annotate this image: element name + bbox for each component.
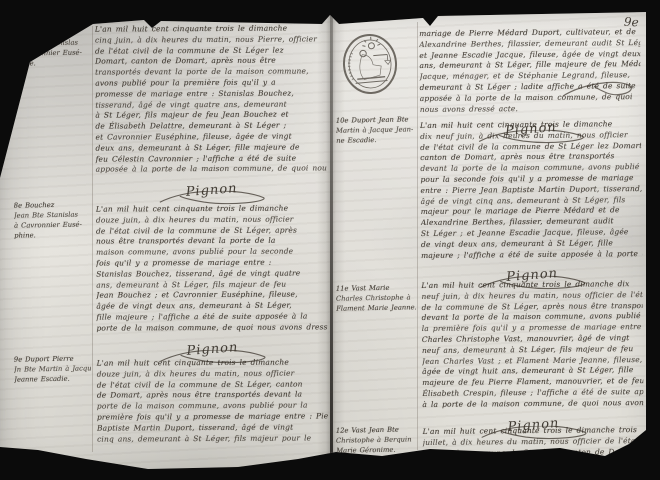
handwriting-line: fille majeure ; l'affiche a été de suite… bbox=[96, 311, 327, 323]
left-page-margin-rule bbox=[92, 26, 93, 452]
entry-lines: L'an mil huit cent cinquante trois le di… bbox=[420, 119, 642, 261]
margin-note-lines: 12e Vast Jean BteChristophe à BerquinMar… bbox=[336, 424, 416, 455]
handwriting-line: Flament Marie Jeanne. bbox=[336, 302, 416, 313]
register-scan-viewport: 7e BouchezJean Bte Stanislasà Cavronnier… bbox=[0, 0, 660, 480]
handwriting-line: majeure ; l'affiche a été de suite appos… bbox=[421, 249, 642, 262]
entry-lines: mariage de Pierre Médard Duport, cultiva… bbox=[419, 27, 641, 115]
entry-lines: L'an mil huit cent cinquante trois le di… bbox=[96, 203, 328, 334]
handwriting-line: phine. bbox=[14, 57, 91, 68]
register-entry-paragraph: L'an mil huit cent cinquante trois le di… bbox=[95, 23, 327, 205]
handwriting-line: de l'état civil de la commune de St Lége… bbox=[420, 141, 641, 154]
handwriting-line: ne Escadie. bbox=[336, 134, 416, 145]
handwriting-line: nous avons dressé acte. bbox=[420, 103, 641, 116]
margin-note-lines: 9e Duport PierreJn Bte Martin à JacqueJe… bbox=[14, 353, 91, 384]
manuscript-double-page: 7e BouchezJean Bte Stanislasà Cavronnier… bbox=[0, 0, 660, 480]
handwriting-line: phine. bbox=[14, 229, 91, 240]
handwriting-line: cinq ans, demeurant à St Léger, fils maj… bbox=[97, 433, 328, 445]
margin-note: 11e Vast MarieCharles Christophe àFlamen… bbox=[336, 282, 416, 313]
left-page-text-column: L'an mil huit cent cinquante trois le di… bbox=[95, 23, 328, 452]
handwriting-line: de l'état civil de la commune de St Lége… bbox=[95, 45, 326, 57]
left-page-margin-column: 7e BouchezJean Bte Stanislasà Cavronnier… bbox=[14, 24, 91, 454]
handwriting-line: maison commune, avons publié pour la sec… bbox=[96, 247, 327, 259]
handwriting-line: ans, demeurant à St Léger, fils majeur d… bbox=[96, 279, 327, 291]
handwriting-line: de l'état civil de la commune de St Lége… bbox=[96, 225, 327, 237]
handwriting-line: devant la porte de la maison commune, av… bbox=[420, 162, 641, 175]
right-page-margin-rule bbox=[417, 22, 418, 450]
register-entry-paragraph: L'an mil huit cent cinquante trois le di… bbox=[420, 119, 642, 291]
margin-note: 9e Duport PierreJn Bte Martin à JacqueJe… bbox=[14, 353, 91, 384]
margin-note-lines: 8e BouchezJean Bte Stanislasà Cavronnier… bbox=[14, 199, 91, 240]
handwriting-line: à Cavronnier Eusé- bbox=[14, 47, 91, 58]
handwriting-line: St Léger ; et Jeanne Escadie Jacque, fil… bbox=[421, 227, 642, 240]
entry-lines: L'an mil huit cent cinquante trois le di… bbox=[421, 279, 643, 410]
handwriting-line: de l'état civil de la commune de St Lége… bbox=[97, 379, 328, 391]
margin-note: 10e Duport Jean BteMartin à Jacque Jean-… bbox=[336, 114, 416, 145]
handwriting-line: deux ans, demeurant à St Léger, fille ma… bbox=[96, 142, 327, 154]
margin-note: 7e BouchezJean Bte Stanislasà Cavronnier… bbox=[14, 27, 91, 68]
handwriting-line: la première fois qu'il y a promesse de m… bbox=[422, 322, 643, 335]
fiscal-seal-stamp-icon bbox=[339, 30, 400, 99]
handwriting-line: Marie Géronime. bbox=[336, 444, 416, 455]
entry-lines: L'an mil huit cent cinquante trois le di… bbox=[97, 357, 328, 445]
margin-note: 12e Vast Jean BteChristophe à BerquinMar… bbox=[336, 424, 416, 455]
margin-note-lines: 10e Duport Jean BteMartin à Jacque Jean-… bbox=[336, 114, 416, 145]
register-entry-paragraph: L'an mil huit cent cinquante trois le di… bbox=[421, 279, 643, 440]
handwriting-line: transportés devant la porte de la maison… bbox=[95, 67, 326, 79]
margin-note: 8e BouchezJean Bte Stanislasà Cavronnier… bbox=[14, 199, 91, 240]
handwriting-line: et Cavronnier Euséphine, fileuse, âgée d… bbox=[95, 131, 326, 143]
handwriting-line: Jeanne Escadie. bbox=[14, 373, 91, 384]
handwriting-line: à Cavronnier Eusé- bbox=[14, 219, 91, 230]
handwriting-line: de la commune de St Léger, après nous êt… bbox=[422, 301, 643, 314]
handwriting-line: tisserand, âgé de vingt quatre ans, deme… bbox=[95, 99, 326, 111]
handwriting-line: et Jeanne Escadie Jacque, fileuse, âgée … bbox=[419, 49, 640, 62]
handwriting-line: âgé de vingt cinq ans, demeurant à St Lé… bbox=[421, 195, 642, 208]
handwriting-line: apposée à la porte de la maison commune,… bbox=[96, 164, 327, 176]
register-entry-paragraph: L'an mil huit cent cinquante trois le di… bbox=[97, 357, 328, 445]
entry-lines: L'an mil huit cent cinquante trois le di… bbox=[423, 425, 644, 459]
handwriting-line: Élisabeth Crespin, fileuse ; l'affiche a… bbox=[422, 387, 643, 400]
margin-note-lines: 7e BouchezJean Bte Stanislasà Cavronnier… bbox=[14, 27, 91, 68]
register-entry-paragraph: L'an mil huit cent cinquante trois le di… bbox=[96, 203, 328, 364]
handwriting-line: Jean Charles Vast ; et Flament Marie Jea… bbox=[422, 355, 643, 368]
handwriting-line: Jean Bouchez ; et Cavronnier Euséphine, … bbox=[96, 290, 327, 302]
handwriting-line: civil de la commune de St Léger, canton … bbox=[423, 447, 644, 459]
right-page-margin-column: 10e Duport Jean BteMartin à Jacque Jean-… bbox=[336, 28, 416, 458]
handwriting-line: porte de la maison commune, avons publié… bbox=[97, 401, 328, 413]
margin-note-lines: 11e Vast MarieCharles Christophe àFlamen… bbox=[336, 282, 416, 313]
signature-block: Pignon bbox=[96, 179, 327, 206]
entry-lines: L'an mil huit cent cinquante trois le di… bbox=[95, 23, 327, 175]
folio-number: 9e bbox=[624, 15, 639, 30]
handwriting-line: porte de la maison commune, de quoi nous… bbox=[96, 322, 327, 334]
folio-paraph-flourish-icon bbox=[560, 78, 640, 102]
register-entry-paragraph: L'an mil huit cent cinquante trois le di… bbox=[423, 425, 644, 459]
handwriting-line: à la porte de la maison commune, de quoi… bbox=[422, 398, 643, 411]
